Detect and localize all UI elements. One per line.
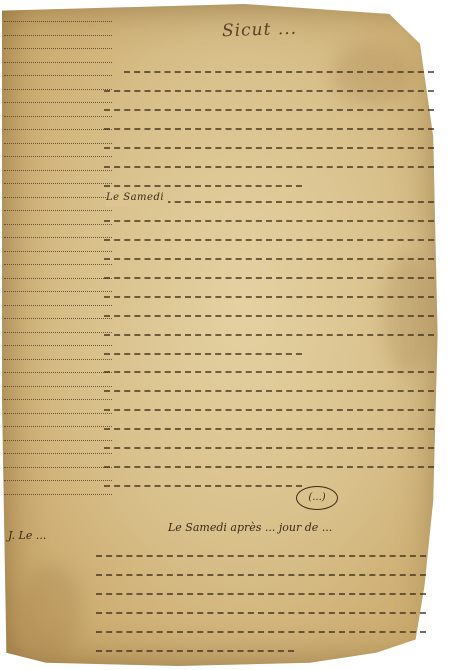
text-block-4: [96, 544, 426, 658]
left-margin-note: J. Le ...: [8, 528, 46, 544]
date-heading: Le Samedi après ... jour de ...: [168, 521, 332, 534]
text-block-2: Le Samedi: [104, 190, 434, 361]
text-block-3: [104, 360, 434, 493]
page-heading: Sicut ...: [222, 19, 298, 42]
circled-annotation: (...): [296, 486, 338, 510]
marginal-notes: [4, 20, 112, 506]
entry-opening: Le Samedi: [106, 188, 168, 207]
text-block-1: [104, 60, 434, 193]
